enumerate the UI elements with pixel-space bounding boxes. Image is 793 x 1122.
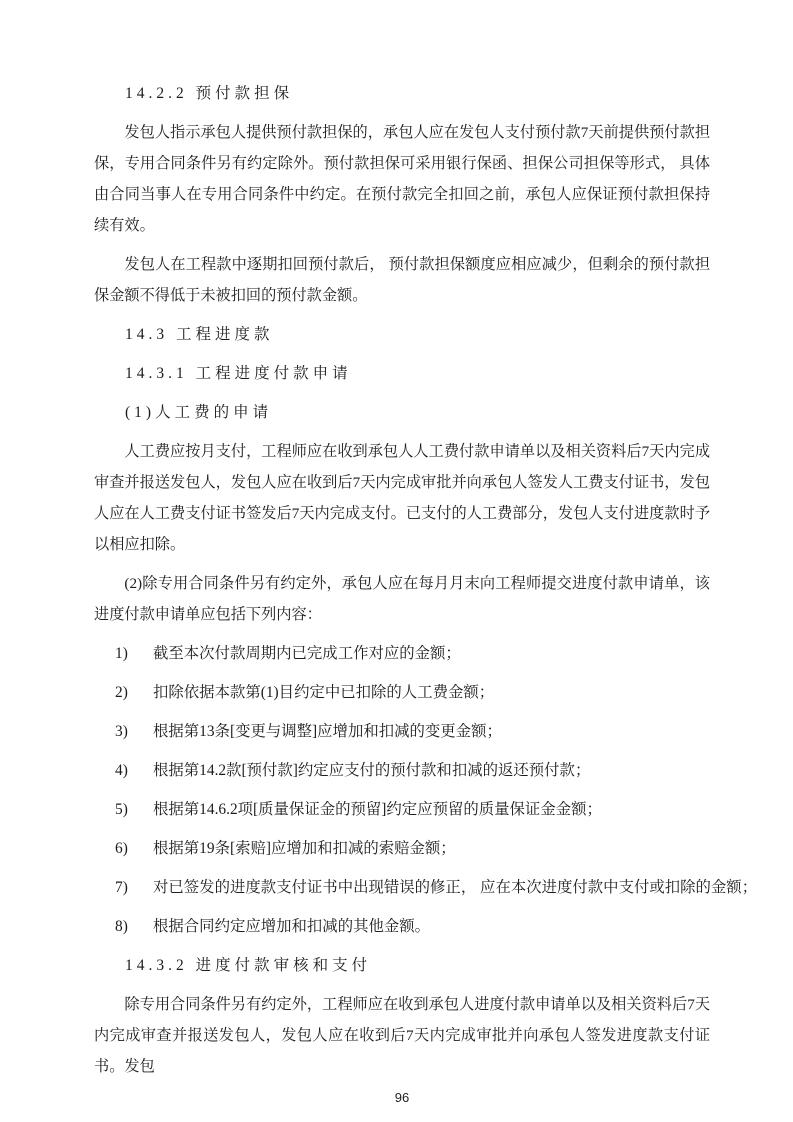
list-item-number: 7) [115,872,128,903]
section-heading: 14.3.2 进度付款审核和支付 [94,950,710,981]
list-item: 7)对已签发的进度款支付证书中出现错误的修正， 应在本次进度付款中支付或扣除的金… [94,872,710,903]
list-item-text: 扣除依据本款第(1)目约定中已扣除的人工费金额； [153,684,494,701]
list-item-number: 1) [115,638,128,669]
list-item-text: 根据合同约定应增加和扣减的其他金额。 [153,918,430,935]
list-item: 5)根据第14.6.2项[质量保证金的预留]约定应预留的质量保证金金额； [94,794,710,825]
list-item-number: 8) [115,911,128,942]
list-item-number: 5) [115,794,128,825]
paragraph: 发包人在工程款中逐期扣回预付款后， 预付款担保额度应相应减少，但剩余的预付款担保… [94,249,710,311]
list-item-text: 对已签发的进度款支付证书中出现错误的修正， 应在本次进度付款中支付或扣除的金额； [153,879,757,896]
paragraph: 人工费应按月支付，工程师应在收到承包人人工费付款申请单以及相关资料后7天内完成审… [94,436,710,560]
list-item-number: 3) [115,716,128,747]
list-item: 2)扣除依据本款第(1)目约定中已扣除的人工费金额； [94,677,710,708]
list-item-text: 截至本次付款周期内已完成工作对应的金额； [153,645,461,662]
section-heading: 14.3 工程进度款 [94,319,710,350]
list-item-text: 根据第14.6.2项[质量保证金的预留]约定应预留的质量保证金金额； [153,801,602,818]
list-item-number: 2) [115,677,128,708]
document-body: 14.2.2 预付款担保发包人指示承包人提供预付款担保的，承包人应在发包人支付预… [94,78,710,1082]
list-item: 3)根据第13条[变更与调整]应增加和扣减的变更金额； [94,716,710,747]
list-item-text: 根据第13条[变更与调整]应增加和扣减的变更金额； [153,723,502,740]
page-number: 96 [94,1090,710,1106]
paragraph: 除专用合同条件另有约定外，工程师应在收到承包人进度付款申请单以及相关资料后7天内… [94,989,710,1082]
section-heading: 14.3.1 工程进度付款申请 [94,358,710,389]
list-item-number: 6) [115,833,128,864]
list-item: 1)截至本次付款周期内已完成工作对应的金额； [94,638,710,669]
list-item-text: 根据第19条[索赔]应增加和扣减的索赔金额； [153,840,456,857]
paragraph: 发包人指示承包人提供预付款担保的，承包人应在发包人支付预付款7天前提供预付款担保… [94,117,710,241]
paragraph: (2)除专用合同条件另有约定外，承包人应在每月月末向工程师提交进度付款申请单，该… [94,568,710,630]
list-item: 8)根据合同约定应增加和扣减的其他金额。 [94,911,710,942]
list-item: 4)根据第14.2款[预付款]约定应支付的预付款和扣减的返还预付款； [94,755,710,786]
list-item-number: 4) [115,755,128,786]
section-heading: (1)人工费的申请 [94,397,710,428]
list-item-text: 根据第14.2款[预付款]约定应支付的预付款和扣减的返还预付款； [153,762,590,779]
list-item: 6)根据第19条[索赔]应增加和扣减的索赔金额； [94,833,710,864]
section-heading: 14.2.2 预付款担保 [94,78,710,109]
document-page: 14.2.2 预付款担保发包人指示承包人提供预付款担保的，承包人应在发包人支付预… [0,0,793,1122]
